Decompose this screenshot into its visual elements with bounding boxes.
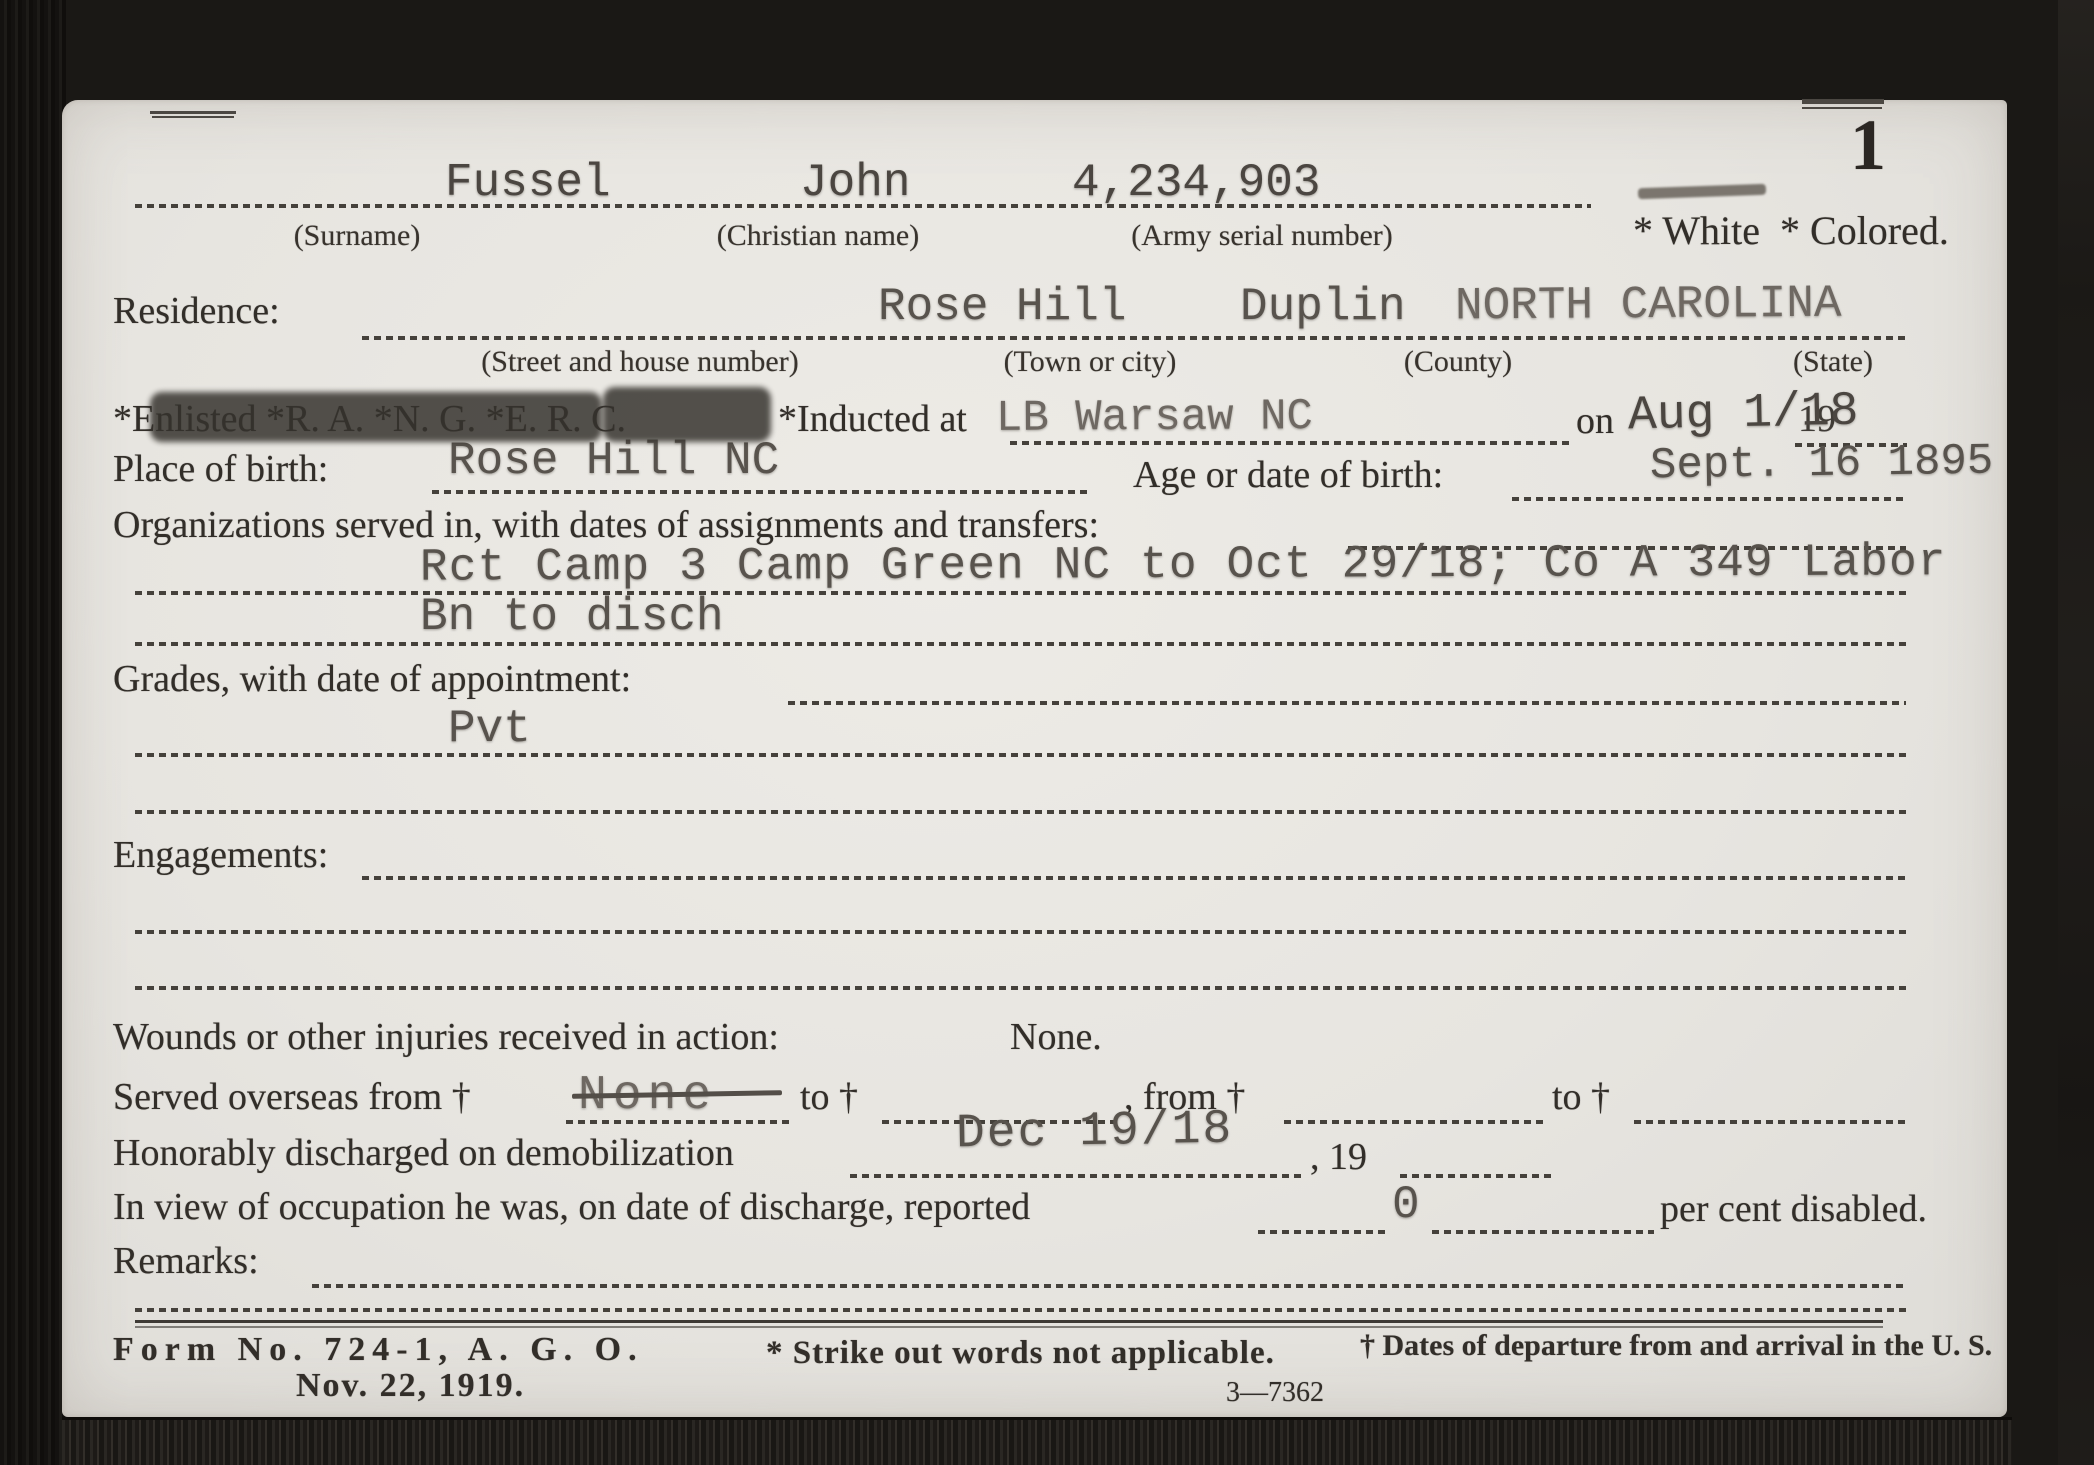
- registration-mark-left2: [152, 116, 234, 118]
- serial-number-label: (Army serial number): [1131, 220, 1393, 252]
- remarks-line: [312, 1284, 1907, 1288]
- grades-value: Pvt: [448, 706, 531, 752]
- state-label: (State): [1793, 346, 1873, 378]
- residence-line: [362, 336, 1907, 340]
- discharge-label: Honorably discharged on demobilization: [113, 1134, 734, 1174]
- disability-value: 0: [1392, 1182, 1420, 1228]
- residence-county-value: Duplin: [1240, 284, 1406, 330]
- induction-date-value: Aug 1/18: [1628, 388, 1859, 441]
- print-code: 3—7362: [1226, 1378, 1324, 1407]
- form-date: Nov. 22, 1919.: [296, 1368, 525, 1404]
- residence-label: Residence:: [113, 292, 280, 332]
- bottom-rule-2: [135, 1326, 1883, 1328]
- town-label: (Town or city): [1004, 346, 1177, 378]
- grades-label: Grades, with date of appointment:: [113, 660, 631, 700]
- bottom-blank-line: [135, 1308, 1907, 1312]
- bottom-rule-1: [135, 1320, 1883, 1323]
- inducted-place-value: LB Warsaw NC: [996, 395, 1313, 441]
- overseas-from1-label: Served overseas from †: [113, 1078, 471, 1118]
- engagements-label: Engagements:: [113, 836, 328, 876]
- registration-mark-right2: [1802, 107, 1882, 109]
- wounds-value: None.: [1010, 1018, 1102, 1058]
- birth-place-label: Place of birth:: [113, 450, 328, 490]
- organizations-line-2: [135, 642, 1907, 646]
- footnote-dagger: † Dates of departure from and arrival in…: [1360, 1330, 1992, 1362]
- form-number: Form No. 724-1, A. G. O.: [113, 1332, 644, 1368]
- christian-name-label: (Christian name): [717, 220, 919, 252]
- serial-number-value: 4,234,903: [1072, 160, 1320, 206]
- organizations-value-1: Rct Camp 3 Camp Green NC to Oct 29/18; C…: [420, 539, 1947, 590]
- age-label: Age or date of birth:: [1133, 456, 1443, 496]
- birth-place-line: [432, 490, 1092, 494]
- registration-mark-left: [150, 111, 236, 114]
- residence-state-value: NORTH CAROLINA: [1455, 281, 1842, 330]
- discharge-year-label: , 19: [1310, 1138, 1367, 1178]
- blank-line-3: [135, 986, 1907, 990]
- book-edge-bottom: [62, 1417, 2012, 1465]
- overseas-to1-label: to †: [800, 1078, 858, 1118]
- surname-label: (Surname): [294, 220, 421, 252]
- wounds-label: Wounds or other injuries received in act…: [113, 1018, 779, 1058]
- blank-line-2: [135, 930, 1907, 934]
- grades-line-0: [788, 701, 1906, 705]
- race-white-label: White: [1662, 208, 1760, 253]
- book-edge-left: [0, 0, 66, 1465]
- race-colored-label: * Colored.: [1780, 208, 1949, 253]
- discharge-line: [850, 1174, 1302, 1178]
- enlistment-obliteration-1: [150, 392, 602, 442]
- disability-suffix-label: per cent disabled.: [1660, 1190, 1927, 1230]
- registration-mark-right: [1802, 99, 1884, 104]
- race-star: *: [1633, 208, 1653, 253]
- engagements-line-0: [362, 876, 1907, 880]
- disability-dash-1: [1258, 1230, 1388, 1234]
- book-edge-right: [2058, 0, 2094, 1465]
- enlistment-obliteration-2: [603, 387, 771, 442]
- overseas-dash-3: [1284, 1120, 1546, 1124]
- organizations-value-2: Bn to disch: [420, 594, 724, 640]
- surname-value: Fussel: [445, 160, 611, 206]
- christian-name-value: John: [800, 160, 910, 206]
- disability-label: In view of occupation he was, on date of…: [113, 1188, 1030, 1228]
- age-line: [1512, 497, 1908, 501]
- race-options: * White * Colored.: [1593, 168, 1949, 294]
- discharge-date-value: Dec 19/18: [956, 1106, 1234, 1159]
- overseas-to2-label: to †: [1552, 1078, 1610, 1118]
- residence-town-value: Rose Hill: [878, 284, 1126, 330]
- discharge-year-line: [1400, 1174, 1556, 1178]
- overseas-dash-4: [1634, 1120, 1906, 1124]
- remarks-label: Remarks:: [113, 1242, 259, 1282]
- county-label: (County): [1404, 346, 1512, 378]
- inducted-at-label: *Inducted at: [778, 400, 967, 440]
- street-label: (Street and house number): [481, 346, 798, 378]
- disability-dash-2: [1432, 1230, 1654, 1234]
- birth-place-value: Rose Hill NC: [448, 438, 779, 484]
- organizations-line-1: [135, 591, 1907, 595]
- blank-line-1: [135, 810, 1907, 814]
- birth-date-value: Sept. 16 1895: [1650, 440, 1994, 489]
- grades-line-1: [135, 753, 1907, 757]
- footnote-strike: * Strike out words not applicable.: [766, 1336, 1275, 1371]
- on-label: on: [1576, 402, 1614, 442]
- scanned-service-record: 1 Fussel John 4,234,903 * White * Colore…: [0, 0, 2094, 1465]
